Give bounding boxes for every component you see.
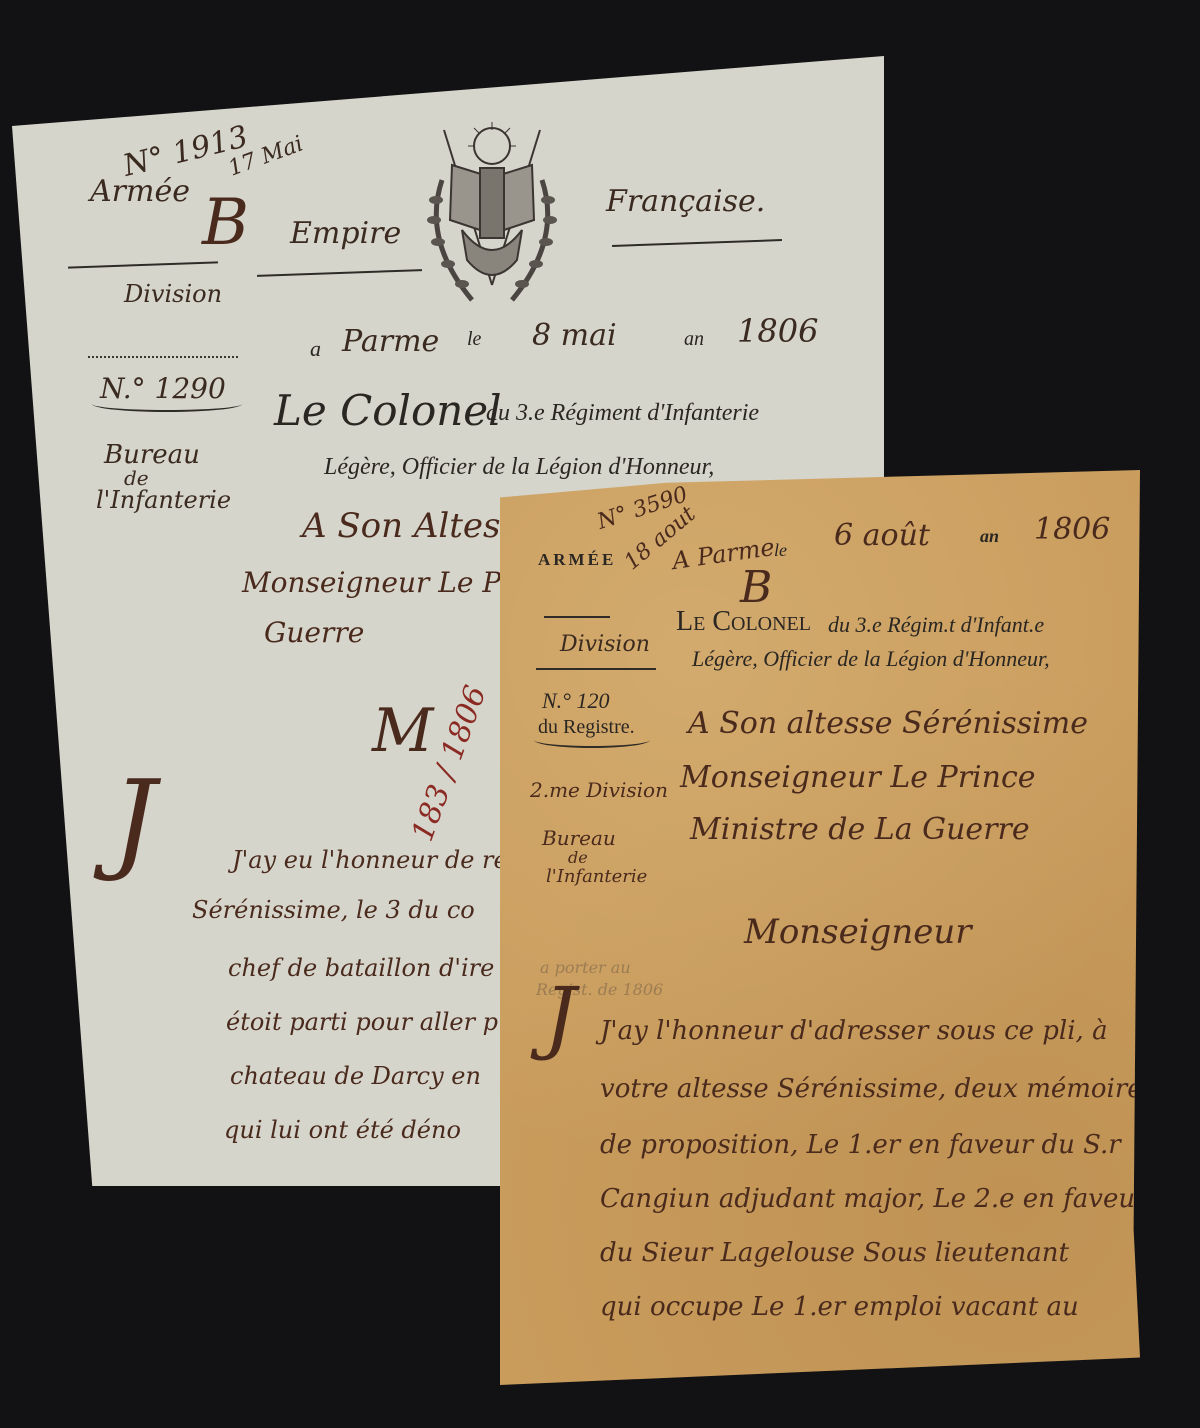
title-rest: du 3.e Régiment d'Infanterie bbox=[486, 400, 759, 427]
bureau-de: de bbox=[568, 848, 588, 867]
register-number: N.° 120 bbox=[542, 688, 609, 714]
imperial-emblem-icon bbox=[422, 120, 562, 320]
place-year: 1806 bbox=[1034, 512, 1110, 547]
title-rest: du 3.e Régim.t d'Infant.e bbox=[828, 612, 1044, 638]
header-rule-left bbox=[68, 261, 218, 268]
bureau-label: Bureau bbox=[104, 440, 200, 470]
armee-label: Armée bbox=[90, 174, 190, 209]
body-line: Cangiun adjudant major, Le 2.e en faveur bbox=[600, 1184, 1148, 1214]
body-line: qui lui ont été déno bbox=[224, 1116, 461, 1144]
body-line: Sérénissime, le 3 du co bbox=[192, 896, 475, 924]
body-line: chateau de Darcy en bbox=[230, 1062, 481, 1090]
bureau-branch: l'Infanterie bbox=[546, 866, 647, 887]
title-line2: Légère, Officier de la Légion d'Honneur, bbox=[324, 454, 714, 481]
division-rule-bottom bbox=[536, 668, 656, 670]
division-label: Division bbox=[560, 632, 650, 657]
armee-label: ARMÉE bbox=[538, 550, 616, 570]
addressee-line1: A Son altesse Sérénissime bbox=[688, 706, 1088, 741]
body-initial-j: J bbox=[112, 756, 156, 884]
register-flourish bbox=[92, 404, 242, 412]
salutation-mark: M bbox=[372, 696, 433, 766]
empire-right: Française. bbox=[606, 184, 765, 219]
body-line: votre altesse Sérénissime, deux mémoires bbox=[600, 1074, 1156, 1104]
place-le: le bbox=[774, 540, 787, 561]
bureau-label: Bureau bbox=[542, 826, 616, 850]
body-line: du Sieur Lagelouse Sous lieutenant bbox=[600, 1238, 1069, 1268]
place-day-month: 8 mai bbox=[532, 318, 617, 353]
dotted-rule bbox=[88, 356, 238, 358]
place-prefix: a bbox=[310, 336, 321, 362]
document-front-tan-letter: N° 3590 18 aout ARMÉE A Parme le 6 août … bbox=[500, 470, 1140, 1385]
place-an: an bbox=[684, 328, 704, 351]
mark-b: B bbox=[202, 186, 249, 260]
place-le: le bbox=[467, 328, 481, 351]
body-line: chef de bataillon d'ire bbox=[228, 954, 494, 982]
register-label: du Registre. bbox=[538, 716, 635, 739]
register-number: N.° 1290 bbox=[100, 372, 226, 405]
place-an: an bbox=[980, 526, 999, 547]
body-line: de proposition, Le 1.er en faveur du S.r bbox=[600, 1130, 1121, 1160]
addressee-line3: Ministre de La Guerre bbox=[690, 812, 1030, 847]
body-initial-j: J bbox=[544, 970, 576, 1063]
body-line: J'ay l'honneur d'adresser sous ce pli, à bbox=[600, 1016, 1108, 1046]
title-le-colonel: Le Colonel bbox=[274, 386, 502, 435]
bureau-branch: l'Infanterie bbox=[96, 486, 231, 514]
body-line: qui occupe Le 1.er emploi vacant au bbox=[600, 1292, 1079, 1322]
title-le-colonel: Le Colonel bbox=[676, 606, 811, 638]
addressee-line2: Monseigneur Le Prince bbox=[680, 760, 1036, 795]
title-line2: Légère, Officier de la Légion d'Honneur, bbox=[692, 646, 1050, 672]
division-note: 2.me Division bbox=[530, 778, 668, 802]
empire-rule-right bbox=[612, 239, 782, 247]
place-name: Parme bbox=[342, 324, 439, 359]
empire-rule-left bbox=[257, 269, 422, 277]
place-year: 1806 bbox=[737, 312, 818, 350]
division-label: Division bbox=[124, 280, 222, 308]
body-line: étoit parti pour aller p bbox=[226, 1008, 498, 1036]
place-day-month: 6 août bbox=[834, 518, 930, 553]
addressee-line3: Guerre bbox=[264, 616, 364, 649]
register-flourish bbox=[534, 740, 650, 748]
division-rule-top bbox=[544, 616, 610, 618]
salutation: Monseigneur bbox=[744, 912, 972, 952]
empire-left: Empire bbox=[290, 216, 401, 251]
